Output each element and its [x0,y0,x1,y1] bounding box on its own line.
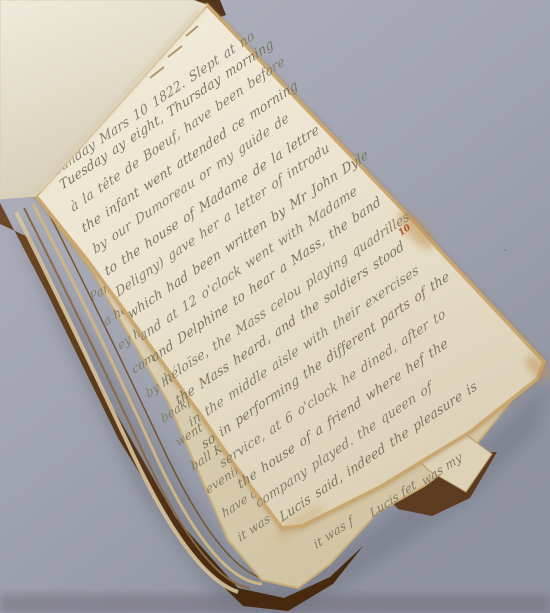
diary-scene: Pane a he ey her com by he beakf went ba… [0,0,550,613]
dust-speck [504,249,506,251]
diary-photo: Pane a he ey her com by he beakf went ba… [0,0,550,613]
